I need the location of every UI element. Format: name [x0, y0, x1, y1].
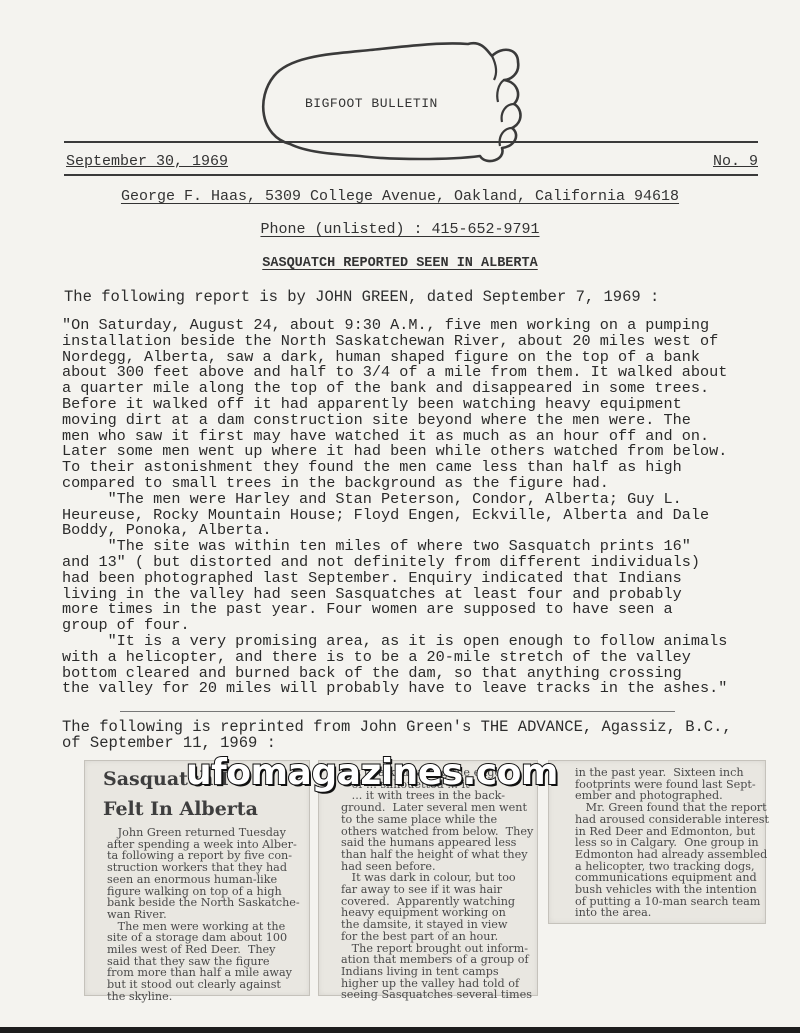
clipping-line: to the same place while the: [341, 814, 527, 826]
publisher-phone: Phone (unlisted) : 415-652-9791: [0, 221, 800, 238]
header-rule-top: [64, 141, 758, 143]
reprint-intro: The following is reprinted from John Gre…: [62, 719, 732, 751]
article-body: "On Saturday, August 24, about 9:30 A.M.…: [62, 318, 782, 697]
clipping-line: had aroused considerable interest: [575, 814, 755, 826]
reprint-intro-line: The following is reprinted from John Gre…: [62, 719, 732, 735]
clipping-line: wan River.: [107, 909, 299, 921]
newspaper-clipping-1: Sasquatch IFelt In Alberta John Green re…: [84, 760, 310, 996]
clipping-line: John Green returned Tuesday: [107, 827, 299, 839]
clipping-line: in the past year. Sixteen inch: [575, 767, 755, 779]
issue-date: September 30, 1969: [66, 153, 228, 170]
watermark: ufomagazines.com: [186, 752, 558, 793]
clipping-line: than half the height of what they: [341, 849, 527, 861]
clipping-line: into the area.: [575, 907, 755, 919]
clipping-line: seen an enormous human-like: [107, 874, 299, 886]
masthead-title: BIGFOOT BULLETIN: [305, 96, 438, 111]
clipping-line: for the best part of an hour.: [341, 931, 527, 943]
issue-number: No. 9: [713, 153, 758, 170]
phone-text: Phone (unlisted) : 415-652-9791: [260, 221, 539, 238]
publisher-address: George F. Haas, 5309 College Avenue, Oak…: [0, 188, 800, 205]
reprint-intro-line: of September 11, 1969 :: [62, 735, 732, 751]
clipping-line: seeing Sasquatches several times: [341, 989, 527, 1001]
clipping-line: Indians living in tent camps: [341, 966, 527, 978]
article-intro: The following report is by JOHN GREEN, d…: [64, 288, 659, 306]
header-rule-bottom: [64, 174, 758, 176]
scan-edge: [0, 1027, 800, 1033]
clipping-line: bush vehicles with the intention: [575, 884, 755, 896]
article-headline: SASQUATCH REPORTED SEEN IN ALBERTA: [0, 256, 800, 271]
clipping-line: miles west of Red Deer. They: [107, 944, 299, 956]
newspaper-clipping-2: It (walked) along the edge of ... silhou…: [318, 760, 538, 996]
clipping-line: far away to see if it was hair: [341, 884, 527, 896]
address-text: George F. Haas, 5309 College Avenue, Oak…: [121, 188, 679, 205]
bulletin-page: BIGFOOT BULLETIN September 30, 1969 No. …: [0, 0, 800, 1033]
clipping-headline: Felt In Alberta: [103, 797, 299, 821]
clipping-line: Edmonton had already assembled: [575, 849, 755, 861]
clipping-line: the skyline.: [107, 991, 299, 1003]
article-line: the valley for 20 miles will probably ha…: [62, 681, 782, 697]
newspaper-clipping-3: in the past year. Sixteen inchfootprints…: [548, 760, 766, 924]
headline-text: SASQUATCH REPORTED SEEN IN ALBERTA: [262, 256, 537, 271]
section-separator: [120, 711, 675, 712]
